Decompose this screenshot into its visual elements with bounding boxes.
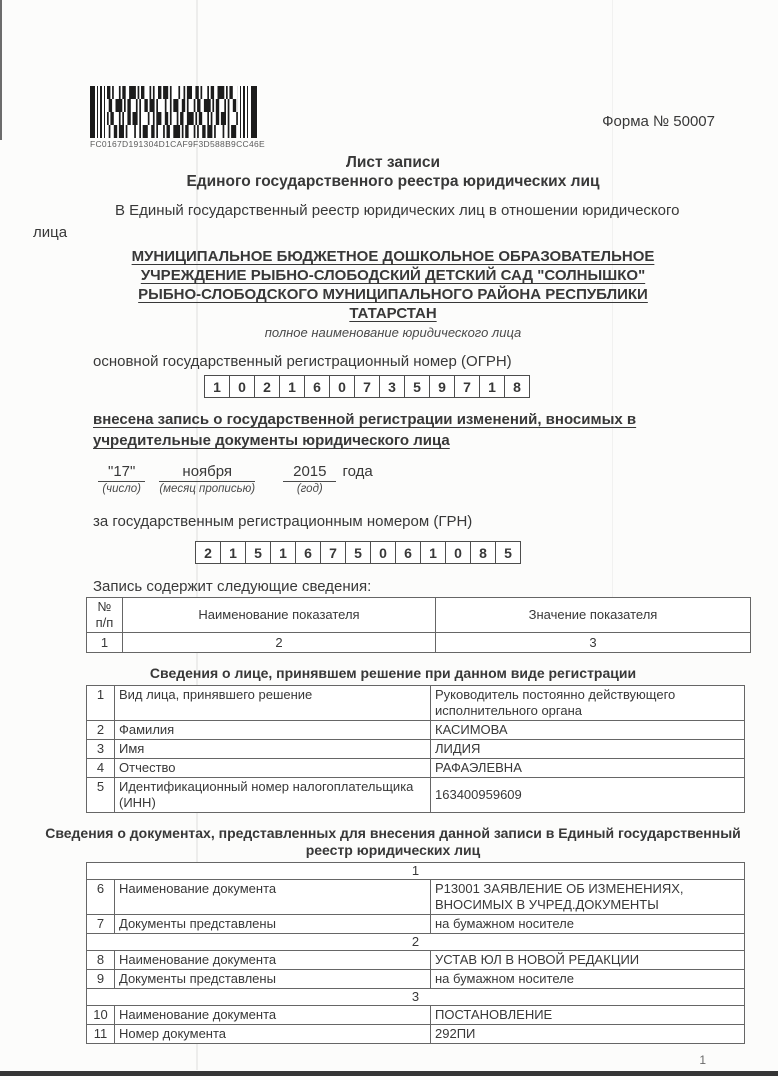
- row-value: РАФАЭЛЕВНА: [431, 759, 745, 778]
- documents-section-table: 1 6 Наименование документа Р13001 ЗАЯВЛЕ…: [86, 862, 745, 1044]
- table-row: 2 Фамилия КАСИМОВА: [87, 721, 745, 740]
- summary-numbering-cell: 1: [87, 633, 123, 653]
- row-name: Имя: [115, 740, 431, 759]
- document-title: Лист записи Единого государственного рее…: [33, 153, 753, 191]
- ogrn-digit: 1: [479, 375, 505, 398]
- table-row: 11 Номер документа 292ПИ: [87, 1025, 745, 1044]
- grn-digit: 5: [345, 541, 371, 564]
- document-title-line2: Единого государственного реестра юридиче…: [33, 172, 753, 191]
- grn-digit-boxes: 2 1 5 1 6 7 5 0 6 1 0 8 5: [196, 541, 753, 564]
- table-row: 5 Идентификационный номер налогоплательщ…: [87, 778, 745, 813]
- ogrn-digit: 0: [229, 375, 255, 398]
- summary-header-name: Наименование показателя: [123, 598, 436, 633]
- row-name: Идентификационный номер налогоплательщик…: [115, 778, 431, 813]
- row-name: Наименование документа: [115, 1006, 431, 1025]
- organization-name-line: ТАТАРСТАН: [349, 305, 436, 322]
- registration-date: "17" (число) ноября (месяц прописью) 201…: [98, 463, 753, 495]
- document-group-header: 3: [87, 989, 745, 1006]
- grn-digit: 1: [270, 541, 296, 564]
- ogrn-label: основной государственный регистрационный…: [93, 353, 753, 370]
- row-num: 10: [87, 1006, 115, 1025]
- date-month-label: (месяц прописью): [159, 483, 255, 495]
- row-num: 11: [87, 1025, 115, 1044]
- row-name: Наименование документа: [115, 880, 431, 915]
- intro-line: В Единый государственный реестр юридичес…: [33, 200, 753, 222]
- form-number: Форма № 50007: [602, 113, 715, 130]
- page-number: 1: [33, 1053, 706, 1067]
- documents-section-title-line: Сведения о документах, представленных дл…: [33, 825, 753, 842]
- table-row: 10 Наименование документа ПОСТАНОВЛЕНИЕ: [87, 1006, 745, 1025]
- document-group-header: 1: [87, 863, 745, 880]
- row-num: 1: [87, 686, 115, 721]
- row-name: Наименование документа: [115, 951, 431, 970]
- grn-digit: 1: [220, 541, 246, 564]
- organization-name-line: РЫБНО-СЛОБОДСКОГО МУНИЦИПАЛЬНОГО РАЙОНА …: [138, 286, 648, 303]
- row-num: 9: [87, 970, 115, 989]
- document-group-number: 2: [87, 934, 745, 951]
- row-name: Номер документа: [115, 1025, 431, 1044]
- row-value: ПОСТАНОВЛЕНИЕ: [431, 1006, 745, 1025]
- ogrn-digit: 8: [504, 375, 530, 398]
- grn-digit: 5: [245, 541, 271, 564]
- row-num: 5: [87, 778, 115, 813]
- grn-digit: 1: [420, 541, 446, 564]
- ogrn-digit: 7: [354, 375, 380, 398]
- row-value: Руководитель постоянно действующего испо…: [431, 686, 745, 721]
- row-name: Вид лица, принявшего решение: [115, 686, 431, 721]
- organization-name-line: УЧРЕЖДЕНИЕ РЫБНО-СЛОБОДСКИЙ ДЕТСКИЙ САД …: [141, 267, 645, 284]
- row-value: на бумажном носителе: [431, 915, 745, 934]
- table-row: 8 Наименование документа УСТАВ ЮЛ В НОВО…: [87, 951, 745, 970]
- date-year-label: (год): [283, 483, 336, 495]
- row-num: 6: [87, 880, 115, 915]
- ogrn-digit: 9: [429, 375, 455, 398]
- table-row: 3 Имя ЛИДИЯ: [87, 740, 745, 759]
- ogrn-digit: 3: [379, 375, 405, 398]
- ogrn-digit: 1: [279, 375, 305, 398]
- row-name: Документы представлены: [115, 915, 431, 934]
- row-num: 8: [87, 951, 115, 970]
- date-day-field: "17" (число): [98, 463, 145, 495]
- record-statement-line: учредительные документы юридического лиц…: [93, 432, 450, 449]
- date-year-suffix: года: [342, 463, 372, 480]
- row-num: 4: [87, 759, 115, 778]
- summary-header-row: № п/п Наименование показателя Значение п…: [87, 598, 751, 633]
- barcode-block: FC0167D191304D1CAF9F3D588B9CC46E: [90, 86, 265, 149]
- grn-digit: 0: [370, 541, 396, 564]
- scan-artifact-left-edge: [0, 0, 2, 140]
- ogrn-digit: 0: [329, 375, 355, 398]
- person-section-title: Сведения о лице, принявшем решение при д…: [33, 665, 753, 682]
- row-name: Отчество: [115, 759, 431, 778]
- row-value: Р13001 ЗАЯВЛЕНИЕ ОБ ИЗМЕНЕНИЯХ, ВНОСИМЫХ…: [431, 880, 745, 915]
- document-title-line1: Лист записи: [33, 153, 753, 172]
- row-value: ЛИДИЯ: [431, 740, 745, 759]
- document-group-number: 1: [87, 863, 745, 880]
- table-row: 6 Наименование документа Р13001 ЗАЯВЛЕНИ…: [87, 880, 745, 915]
- document-body: FC0167D191304D1CAF9F3D588B9CC46E Форма №…: [33, 86, 753, 1067]
- row-num: 3: [87, 740, 115, 759]
- organization-name-caption: полное наименование юридического лица: [33, 325, 753, 340]
- date-month-value: ноября: [159, 463, 255, 482]
- record-statement: внесена запись о государственной регистр…: [93, 409, 753, 451]
- date-year-field: 2015 (год): [283, 463, 336, 495]
- summary-numbering-cell: 3: [436, 633, 751, 653]
- row-name: Документы представлены: [115, 970, 431, 989]
- document-group-number: 3: [87, 989, 745, 1006]
- summary-header-num: № п/п: [87, 598, 123, 633]
- documents-section-title-line: реестр юридических лиц: [33, 842, 753, 859]
- pdf417-barcode-icon: [90, 86, 258, 138]
- person-section-table: 1 Вид лица, принявшего решение Руководит…: [86, 685, 745, 813]
- table-row: 9 Документы представлены на бумажном нос…: [87, 970, 745, 989]
- organization-name-line: МУНИЦИПАЛЬНОЕ БЮДЖЕТНОЕ ДОШКОЛЬНОЕ ОБРАЗ…: [132, 248, 655, 265]
- documents-section-title: Сведения о документах, представленных дл…: [33, 825, 753, 859]
- row-value: 163400959609: [431, 778, 745, 813]
- ogrn-digit: 7: [454, 375, 480, 398]
- ogrn-digit: 6: [304, 375, 330, 398]
- table-row: 1 Вид лица, принявшего решение Руководит…: [87, 686, 745, 721]
- table-row: 4 Отчество РАФАЭЛЕВНА: [87, 759, 745, 778]
- table-row: 7 Документы представлены на бумажном нос…: [87, 915, 745, 934]
- grn-digit: 0: [445, 541, 471, 564]
- date-month-field: ноября (месяц прописью): [159, 463, 255, 495]
- record-statement-line: внесена запись о государственной регистр…: [93, 411, 636, 428]
- organization-name: МУНИЦИПАЛЬНОЕ БЮДЖЕТНОЕ ДОШКОЛЬНОЕ ОБРАЗ…: [33, 247, 753, 323]
- ogrn-digit: 1: [204, 375, 230, 398]
- row-num: 7: [87, 915, 115, 934]
- summary-numbering-cell: 2: [123, 633, 436, 653]
- intro-paragraph: В Единый государственный реестр юридичес…: [33, 200, 753, 244]
- row-value: УСТАВ ЮЛ В НОВОЙ РЕДАКЦИИ: [431, 951, 745, 970]
- record-summary-table: № п/п Наименование показателя Значение п…: [86, 597, 751, 653]
- date-day-value: "17": [98, 463, 145, 482]
- ogrn-digit: 2: [254, 375, 280, 398]
- grn-digit: 8: [470, 541, 496, 564]
- summary-header-value: Значение показателя: [436, 598, 751, 633]
- row-value: на бумажном носителе: [431, 970, 745, 989]
- grn-digit: 2: [195, 541, 221, 564]
- row-num: 2: [87, 721, 115, 740]
- intro-line: лица: [33, 222, 753, 244]
- grn-digit: 7: [320, 541, 346, 564]
- document-header: FC0167D191304D1CAF9F3D588B9CC46E Форма №…: [33, 86, 753, 149]
- summary-numbering-row: 1 2 3: [87, 633, 751, 653]
- row-value: 292ПИ: [431, 1025, 745, 1044]
- ogrn-digit: 5: [404, 375, 430, 398]
- scanned-document-page: FC0167D191304D1CAF9F3D588B9CC46E Форма №…: [0, 0, 778, 1080]
- date-year-value: 2015: [283, 463, 336, 482]
- grn-digit: 6: [395, 541, 421, 564]
- row-name: Фамилия: [115, 721, 431, 740]
- date-day-label: (число): [98, 483, 145, 495]
- document-group-header: 2: [87, 934, 745, 951]
- grn-digit: 5: [495, 541, 521, 564]
- scan-artifact-bottom-edge: [0, 1071, 778, 1076]
- ogrn-digit-boxes: 1 0 2 1 6 0 7 3 5 9 7 1 8: [205, 375, 753, 398]
- grn-digit: 6: [295, 541, 321, 564]
- barcode-text: FC0167D191304D1CAF9F3D588B9CC46E: [90, 139, 265, 149]
- record-contents-label: Запись содержит следующие сведения:: [93, 578, 753, 595]
- row-value: КАСИМОВА: [431, 721, 745, 740]
- grn-label: за государственным регистрационным номер…: [93, 513, 753, 530]
